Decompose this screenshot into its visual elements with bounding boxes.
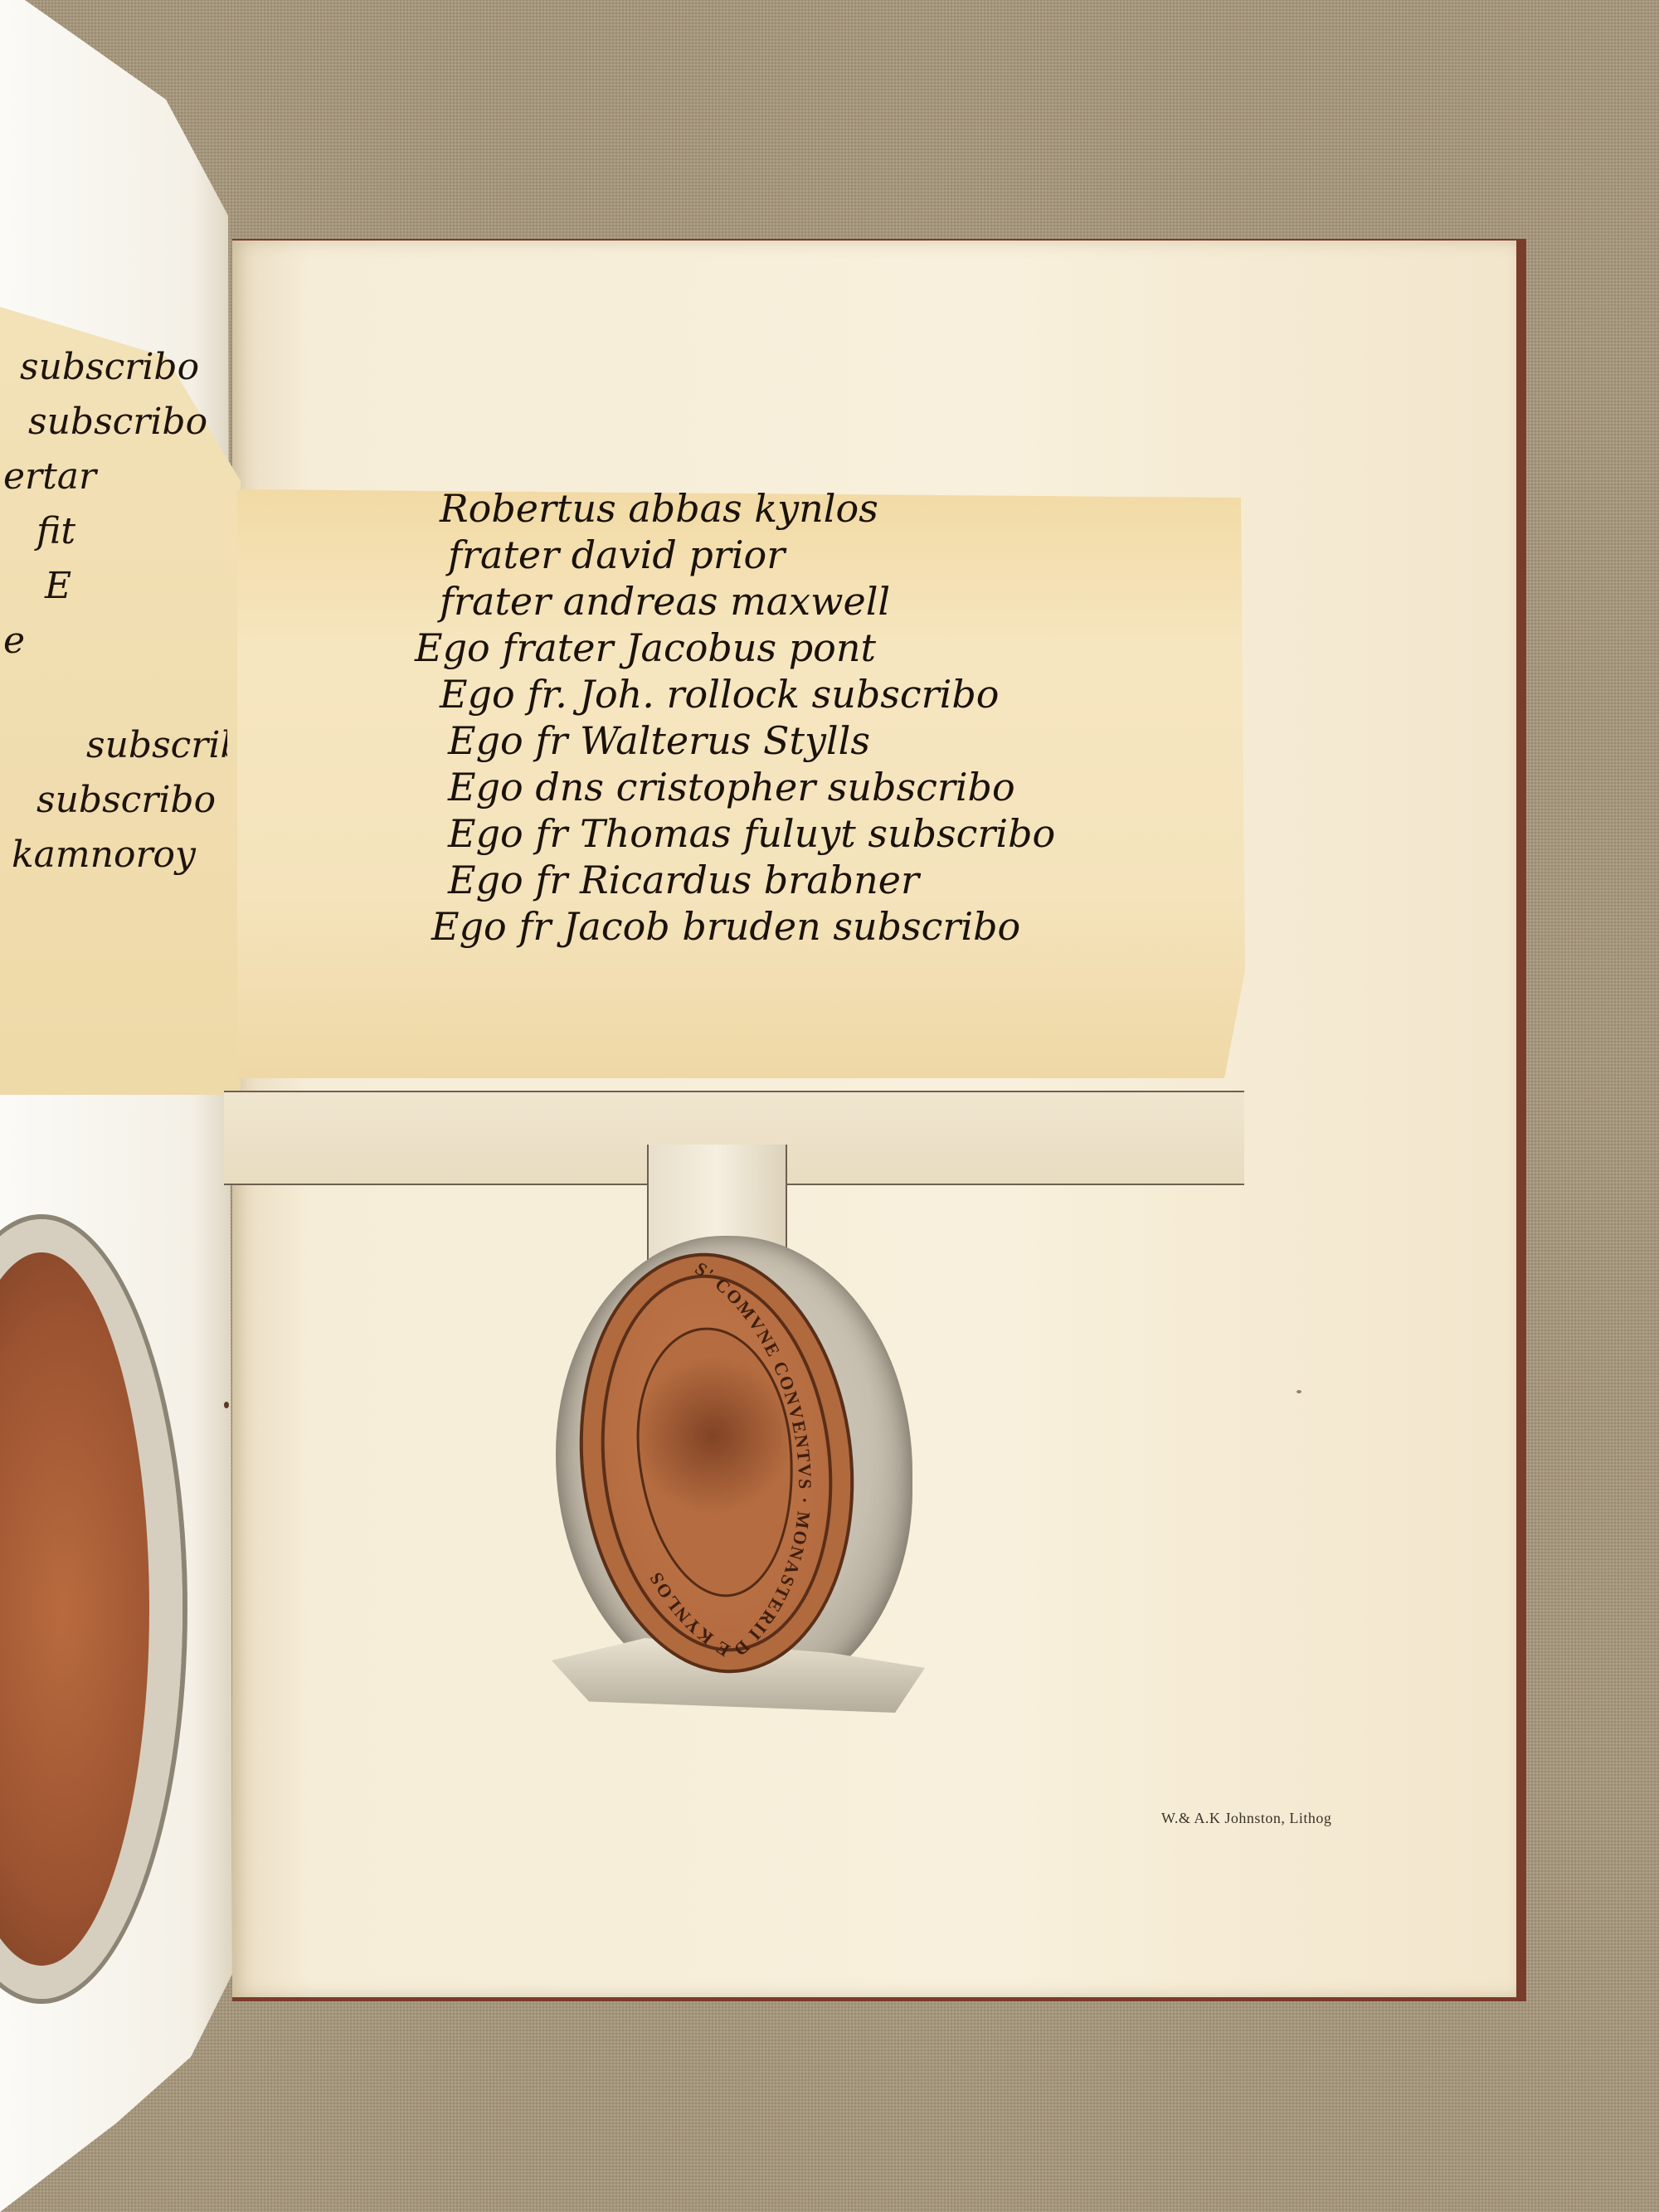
ink-spot: [1297, 1390, 1301, 1393]
script-fragment: subscribo: [3, 340, 227, 395]
lithographer-imprint: W.& A.K Johnston, Lithog: [1161, 1810, 1331, 1827]
charter-line: Ego fr Ricardus brabner: [415, 857, 1228, 903]
script-fragment: subscribo: [3, 773, 227, 828]
charter-line: frater andreas maxwell: [415, 578, 1228, 625]
charter-line: Ego fr. Joh. rollock subscribo: [415, 671, 1228, 717]
ink-spot: [224, 1402, 229, 1408]
charter-line: Robertus abbas kynlos: [415, 485, 1228, 532]
charter-line: Ego fr Walterus Stylls: [415, 717, 1228, 764]
script-fragment: subscribo: [3, 718, 227, 773]
charter-line: Ego dns cristopher subscribo: [415, 764, 1228, 810]
script-fragment: ertar: [3, 450, 227, 504]
charter-text: Robertus abbas kynlos frater david prior…: [415, 485, 1228, 950]
script-fragment: subscribo: [3, 395, 227, 450]
script-fragment: fit: [3, 504, 227, 559]
script-fragment: kamnoroy: [3, 828, 227, 882]
charter-line: frater david prior: [415, 532, 1228, 578]
charter-line: Ego frater Jacobus pont: [415, 625, 1228, 671]
charter-line: Ego fr Thomas fuluyt subscribo: [415, 810, 1228, 857]
script-fragment: e: [3, 614, 227, 668]
charter-line: Ego fr Jacob bruden subscribo: [415, 903, 1228, 950]
left-page-script: subscribo subscribo ertar fit E e subscr…: [3, 340, 227, 882]
script-fragment: E: [3, 559, 227, 614]
